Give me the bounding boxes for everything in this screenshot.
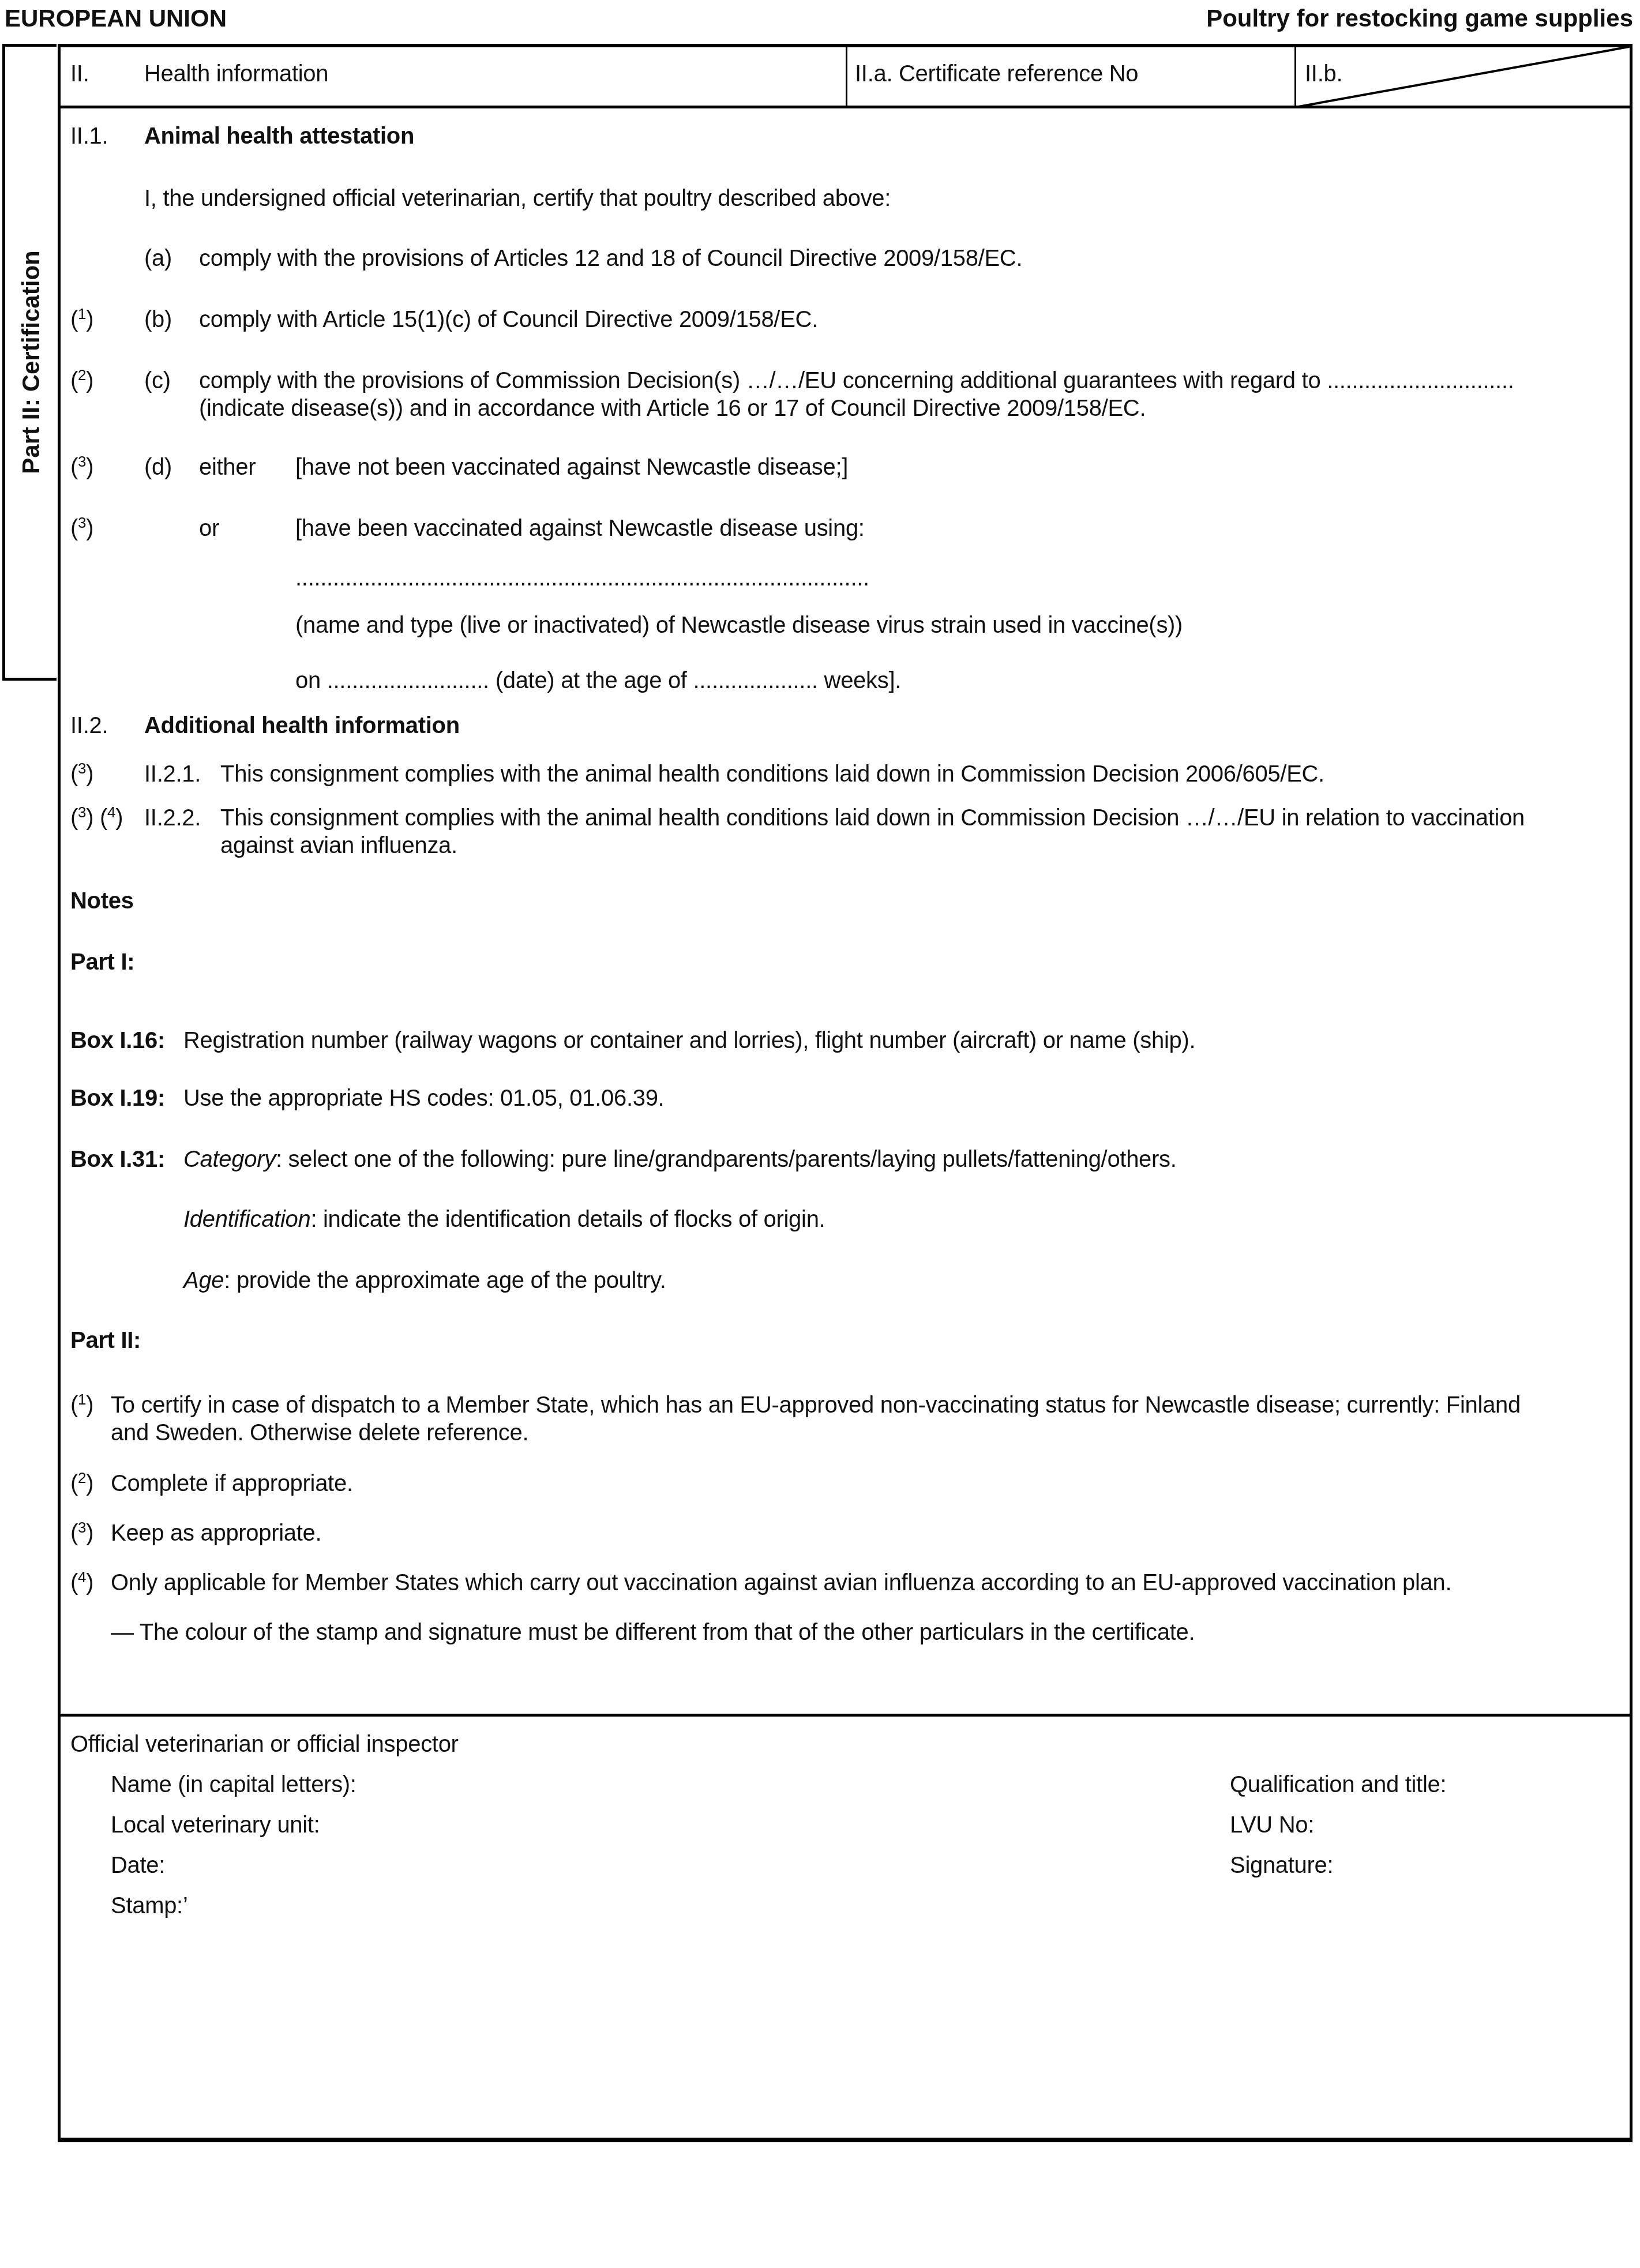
footnote-ref: (2) <box>70 367 93 395</box>
footnote-text: Complete if appropriate. <box>111 1470 353 1497</box>
additional-item-text: This consignment complies with the anima… <box>220 804 1525 832</box>
vaccine-name-field[interactable]: ........................................… <box>295 564 869 592</box>
section-number: II. <box>70 60 89 88</box>
attestation-intro: I, the undersigned official veterinarian… <box>144 185 891 212</box>
footnote-number: (1) <box>70 1391 93 1419</box>
option-word: either <box>199 453 256 481</box>
additional-title: Additional health information <box>144 712 460 739</box>
part-label: Part II: Certification <box>17 250 45 474</box>
local-veterinary-unit-field[interactable]: Local veterinary unit: <box>111 1811 320 1839</box>
lvu-number-field[interactable]: LVU No: <box>1230 1811 1314 1839</box>
footnote-text: To certify in case of dispatch to a Memb… <box>111 1391 1521 1419</box>
attestation-title: Animal health attestation <box>144 122 414 150</box>
box-subtext: Identification: indicate the identificat… <box>183 1206 825 1233</box>
footnote-ref: (3) (4) <box>70 804 123 832</box>
footnote-number: (2) <box>70 1470 93 1497</box>
stamp-colour-note: — The colour of the stamp and signature … <box>111 1619 1195 1646</box>
footnote-number: (4) <box>70 1569 93 1597</box>
document-title: Poultry for restocking game supplies <box>1206 5 1633 32</box>
signature-divider <box>58 1714 1633 1717</box>
item-letter: (c) <box>144 367 171 395</box>
signature-field[interactable]: Signature: <box>1230 1852 1333 1879</box>
box-divider <box>846 44 847 108</box>
footnote-ref: (3) <box>70 453 93 481</box>
notes-heading: Notes <box>70 887 134 915</box>
box-subtext: Age: provide the approximate age of the … <box>183 1267 666 1294</box>
name-field[interactable]: Name (in capital letters): <box>111 1771 356 1798</box>
section-title: Health information <box>144 60 328 88</box>
additional-item-number: II.2.1. <box>144 760 201 788</box>
vaccination-date-age-line[interactable]: on .......................... (date) at … <box>295 667 901 694</box>
box-label: Box I.31: <box>70 1146 165 1173</box>
item-letter: (b) <box>144 306 172 333</box>
footnote-number: (3) <box>70 1519 93 1547</box>
box-text: Registration number (railway wagons or c… <box>183 1027 1195 1054</box>
additional-item-number: II.2.2. <box>144 804 201 832</box>
date-field[interactable]: Date: <box>111 1852 165 1879</box>
signature-heading: Official veterinarian or official inspec… <box>70 1730 459 1758</box>
additional-number: II.2. <box>70 712 108 739</box>
box-text: Use the appropriate HS codes: 01.05, 01.… <box>183 1084 664 1112</box>
footnote-ref: (1) <box>70 306 93 333</box>
footnote-text: Keep as appropriate. <box>111 1519 321 1547</box>
box-text: Category: select one of the following: p… <box>183 1146 1177 1173</box>
additional-item-text: This consignment complies with the anima… <box>220 760 1324 788</box>
footnote-text-continued: and Sweden. Otherwise delete reference. <box>111 1419 528 1447</box>
side-label-box: Part II: Certification <box>2 44 57 681</box>
vaccine-caption: (name and type (live or inactivated) of … <box>295 611 1183 639</box>
qualification-field[interactable]: Qualification and title: <box>1230 1771 1446 1798</box>
stamp-field[interactable]: Stamp:’ <box>111 1892 188 1920</box>
item-text-continued: (indicate disease(s)) and in accordance … <box>199 395 1146 422</box>
footnote-text: Only applicable for Member States which … <box>111 1569 1451 1597</box>
notes-part1-heading: Part I: <box>70 948 134 976</box>
option-text: [have not been vaccinated against Newcas… <box>295 453 848 481</box>
item-letter: (d) <box>144 453 172 481</box>
item-text: comply with the provisions of Articles 1… <box>199 245 1022 272</box>
attestation-number: II.1. <box>70 122 108 150</box>
strike-through-diagonal <box>1295 46 1633 107</box>
box-label: Box I.16: <box>70 1027 165 1054</box>
footnote-ref: (3) <box>70 515 93 542</box>
notes-part2-heading: Part II: <box>70 1327 141 1354</box>
document-region-label: EUROPEAN UNION <box>5 5 227 32</box>
item-text: comply with the provisions of Commission… <box>199 367 1514 395</box>
option-text: [have been vaccinated against Newcastle … <box>295 515 865 542</box>
certificate-reference-field[interactable]: II.a. Certificate reference No <box>855 60 1138 88</box>
additional-item-text-continued: against avian influenza. <box>220 832 457 859</box>
iib-label: II.b. <box>1305 60 1342 88</box>
box-label: Box I.19: <box>70 1084 165 1112</box>
item-text: comply with Article 15(1)(c) of Council … <box>199 306 818 333</box>
item-letter: (a) <box>144 245 172 272</box>
option-word: or <box>199 515 219 542</box>
footnote-ref: (3) <box>70 760 93 788</box>
